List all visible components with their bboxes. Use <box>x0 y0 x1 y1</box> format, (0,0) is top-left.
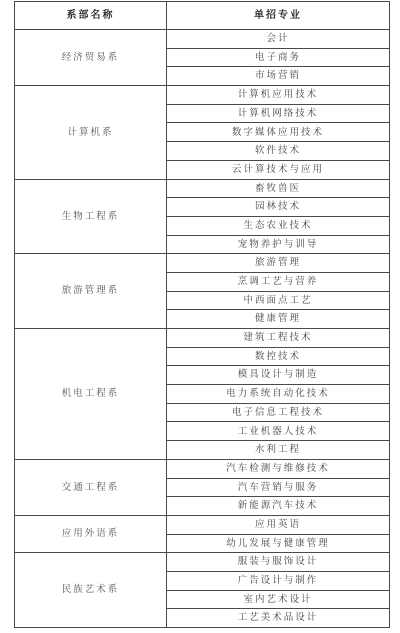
major-cell: 幼儿发展与健康管理 <box>167 534 390 553</box>
department-cell: 经济贸易系 <box>15 30 167 86</box>
major-cell: 汽车检测与维修技术 <box>167 459 390 478</box>
major-cell: 旅游管理 <box>167 254 390 273</box>
table-row: 民族艺术系服装与服饰设计 <box>15 553 390 572</box>
major-cell: 宠物养护与训导 <box>167 235 390 254</box>
major-cell: 新能源汽车技术 <box>167 497 390 516</box>
majors-table: 系部名称 单招专业 经济贸易系会计电子商务市场营销计算机系计算机应用技术计算机网… <box>14 1 390 628</box>
header-row: 系部名称 单招专业 <box>15 2 390 30</box>
department-cell: 生物工程系 <box>15 179 167 254</box>
table-row: 经济贸易系会计 <box>15 30 390 49</box>
major-cell: 生态农业技术 <box>167 216 390 235</box>
major-cell: 畜牧兽医 <box>167 179 390 198</box>
department-cell: 应用外语系 <box>15 515 167 552</box>
major-cell: 工业机器人技术 <box>167 422 390 441</box>
major-cell: 水利工程 <box>167 441 390 460</box>
header-major: 单招专业 <box>167 2 390 30</box>
major-cell: 软件技术 <box>167 142 390 161</box>
major-cell: 汽车营销与服务 <box>167 478 390 497</box>
major-cell: 会计 <box>167 30 390 49</box>
table-row: 生物工程系畜牧兽医 <box>15 179 390 198</box>
major-cell: 工艺美术品设计 <box>167 609 390 628</box>
major-cell: 计算机应用技术 <box>167 86 390 105</box>
major-cell: 数字媒体应用技术 <box>167 123 390 142</box>
major-cell: 电子信息工程技术 <box>167 403 390 422</box>
major-cell: 广告设计与制作 <box>167 571 390 590</box>
table-row: 应用外语系应用英语 <box>15 515 390 534</box>
table-row: 交通工程系汽车检测与维修技术 <box>15 459 390 478</box>
table-row: 机电工程系建筑工程技术 <box>15 329 390 348</box>
department-cell: 旅游管理系 <box>15 254 167 329</box>
major-cell: 园林技术 <box>167 198 390 217</box>
major-cell: 电力系统自动化技术 <box>167 385 390 404</box>
header-department: 系部名称 <box>15 2 167 30</box>
major-cell: 健康管理 <box>167 310 390 329</box>
major-cell: 应用英语 <box>167 515 390 534</box>
table-body: 经济贸易系会计电子商务市场营销计算机系计算机应用技术计算机网络技术数字媒体应用技… <box>15 30 390 628</box>
majors-table-container: 系部名称 单招专业 经济贸易系会计电子商务市场营销计算机系计算机应用技术计算机网… <box>14 1 389 628</box>
major-cell: 电子商务 <box>167 48 390 67</box>
major-cell: 云计算技术与应用 <box>167 160 390 179</box>
table-row: 旅游管理系旅游管理 <box>15 254 390 273</box>
major-cell: 烹调工艺与营养 <box>167 272 390 291</box>
department-cell: 计算机系 <box>15 86 167 179</box>
major-cell: 服装与服饰设计 <box>167 553 390 572</box>
major-cell: 模具设计与制造 <box>167 366 390 385</box>
major-cell: 计算机网络技术 <box>167 104 390 123</box>
department-cell: 交通工程系 <box>15 459 167 515</box>
major-cell: 市场营销 <box>167 67 390 86</box>
table-row: 计算机系计算机应用技术 <box>15 86 390 105</box>
major-cell: 数控技术 <box>167 347 390 366</box>
department-cell: 机电工程系 <box>15 329 167 460</box>
major-cell: 建筑工程技术 <box>167 329 390 348</box>
major-cell: 室内艺术设计 <box>167 590 390 609</box>
department-cell: 民族艺术系 <box>15 553 167 628</box>
major-cell: 中西面点工艺 <box>167 291 390 310</box>
